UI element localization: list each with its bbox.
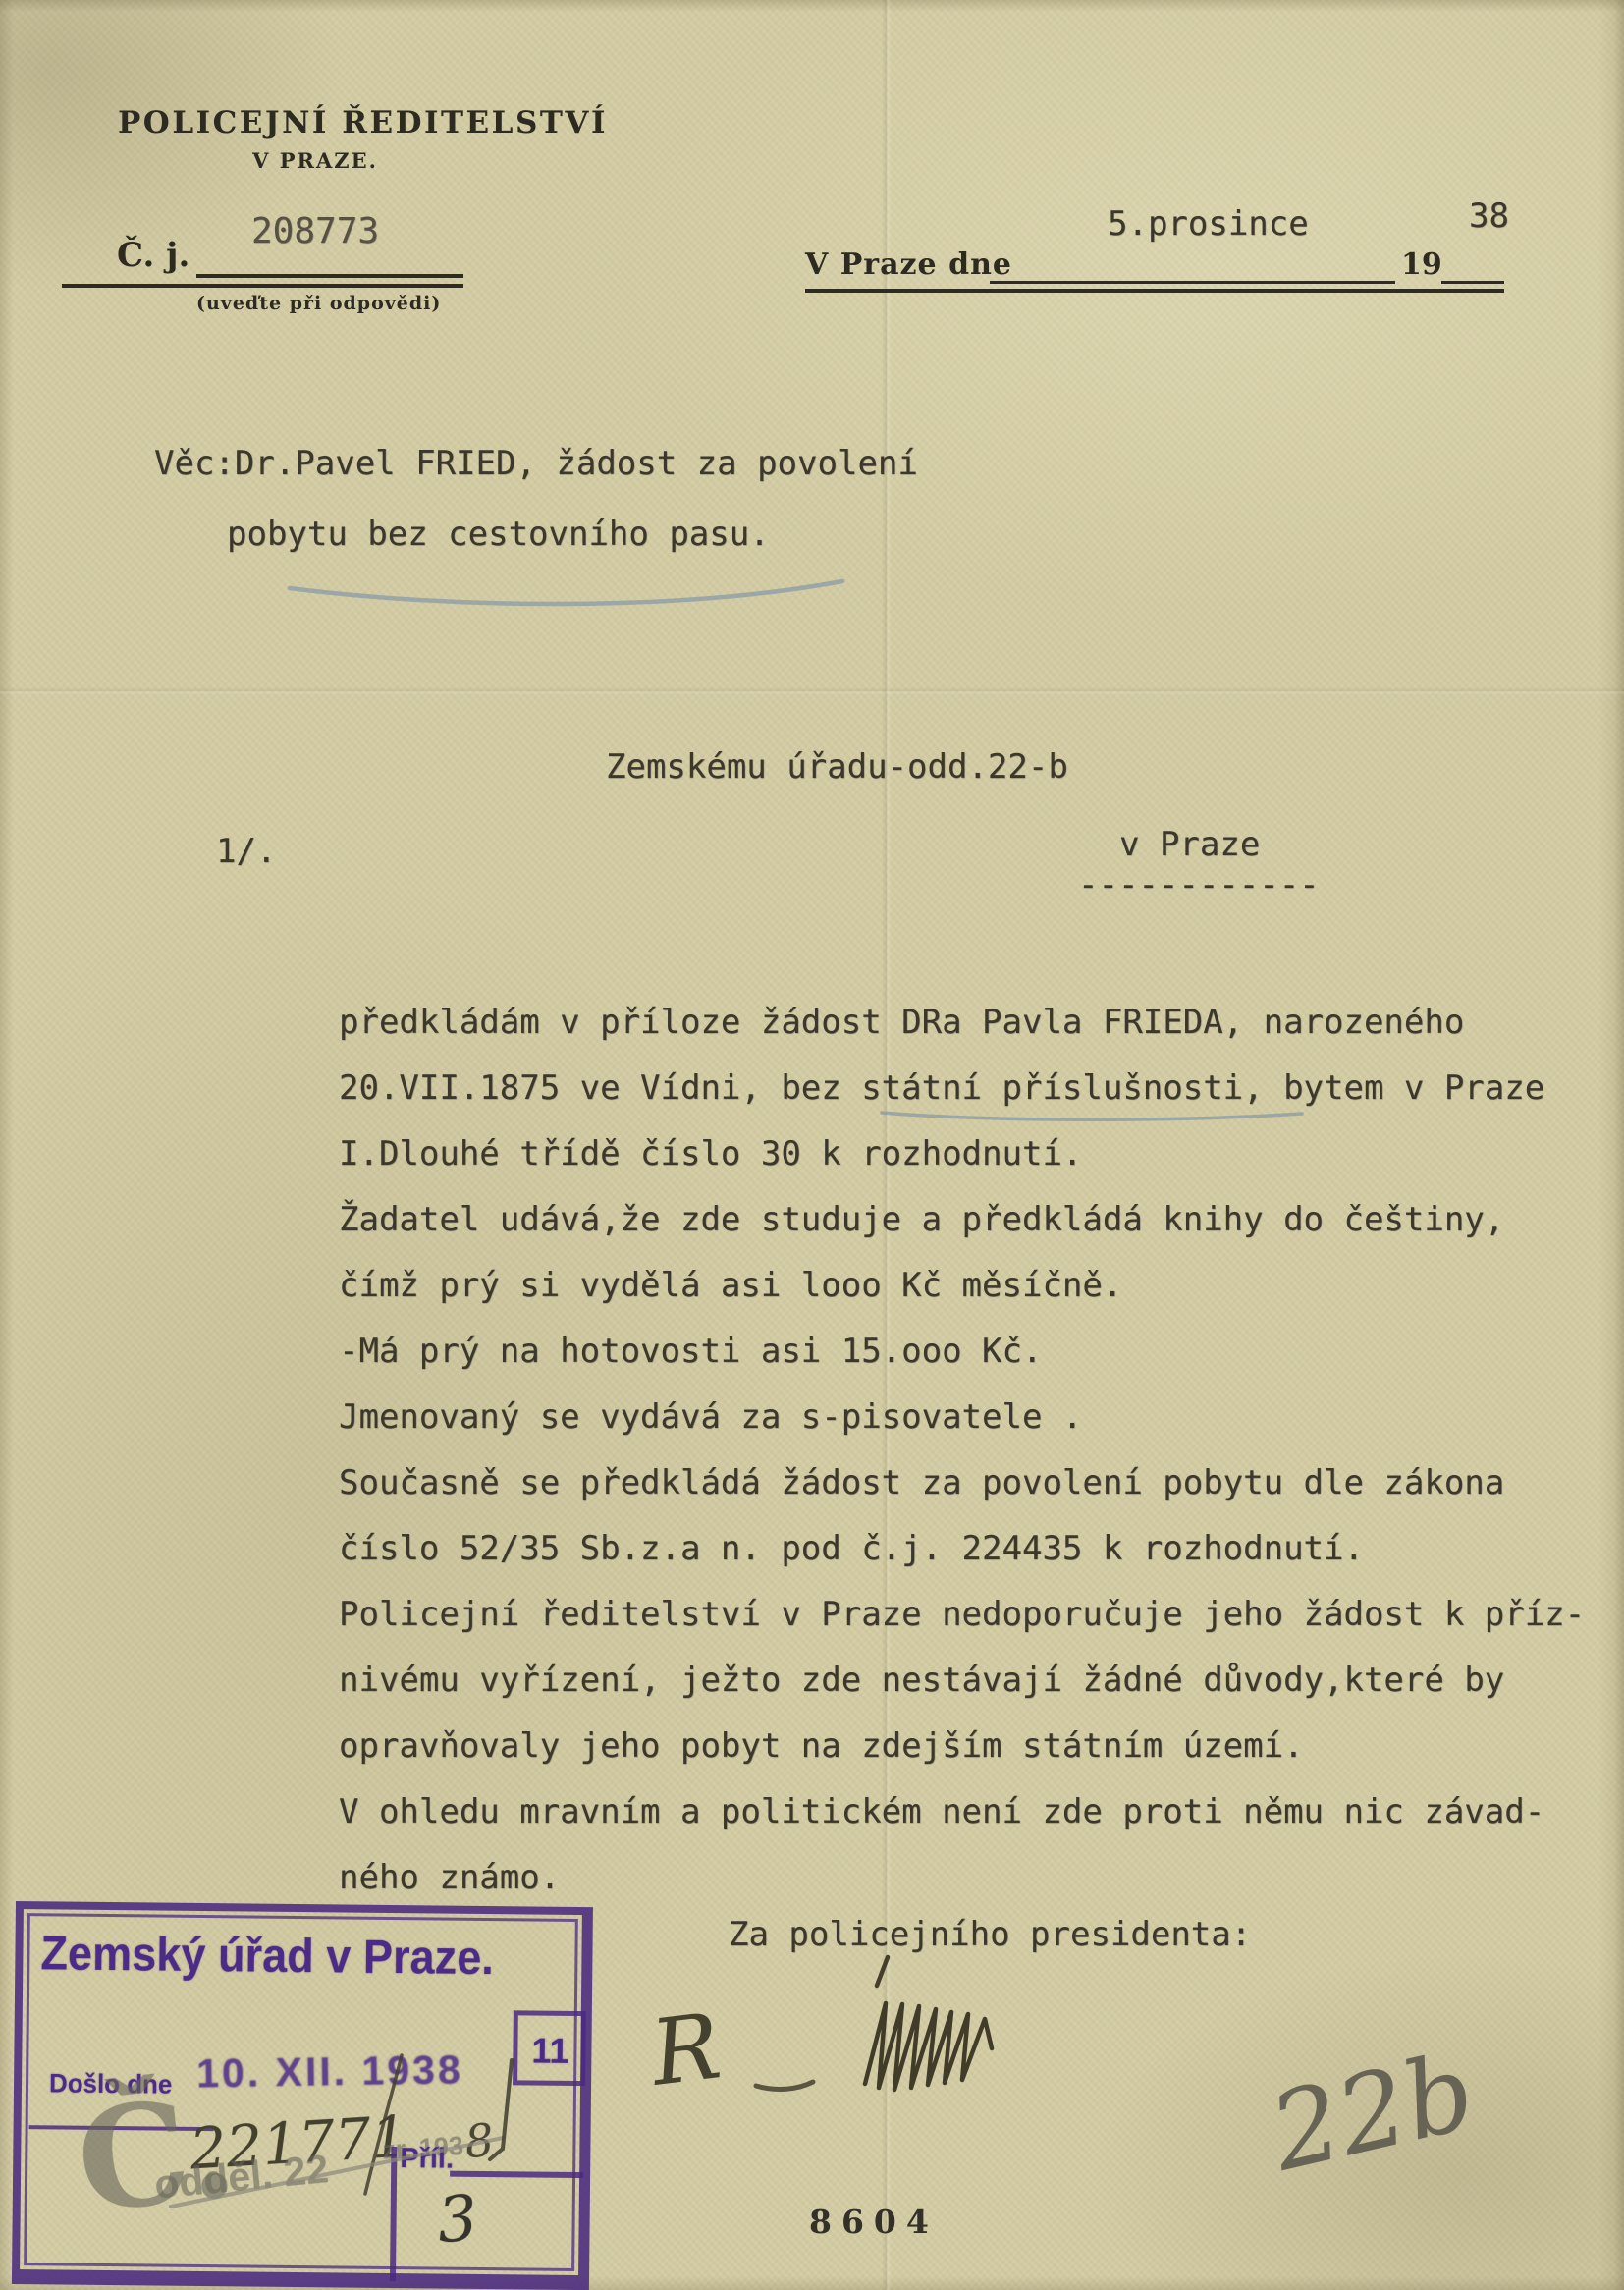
stamp-received-date: 10. XII. 1938: [196, 2049, 463, 2094]
letterhead-city: V PRAZE.: [118, 150, 513, 171]
stamp-enclosures-count: 3: [435, 2187, 480, 2253]
stamp-dept-letter: Č.: [71, 2077, 243, 2233]
recipient-city: v Praze: [1119, 828, 1260, 861]
body-line: nivému vyřízení, ježto zde nestávají žád…: [339, 1663, 1504, 1697]
receipt-stamp: Zemský úřad v Praze. 11 Došlo dne 10. XI…: [12, 1901, 593, 2290]
body-line: V ohledu mravním a politickém není zde p…: [339, 1795, 1544, 1828]
letterhead-organization: POLICEJNÍ ŘEDITELSTVÍ: [118, 108, 608, 138]
body-line: předkládám v příloze žádost DRa Pavla FR…: [339, 1006, 1464, 1039]
handwritten-dash: [756, 2082, 813, 2089]
body-line: ného známo.: [339, 1861, 560, 1894]
date-label: V Praze dne: [805, 250, 1012, 280]
year-prefix: 19: [1401, 250, 1442, 280]
date-typed: 5.prosince: [1108, 207, 1309, 241]
body-line: Jmenovaný se vydává za s-pisovatele .: [339, 1400, 1082, 1434]
document-page: POLICEJNÍ ŘEDITELSTVÍ V PRAZE. 208773 Č.…: [0, 0, 1624, 2290]
recipient-underline: ------------: [1078, 868, 1320, 901]
date-rule-bottom: [805, 289, 1504, 293]
stamp-enclosures-label: Příl.: [400, 2145, 454, 2174]
enclosure-mark: 1/.: [216, 835, 276, 868]
body-line: čímž prý si vydělá asi looo Kč měsíčně.: [339, 1269, 1122, 1302]
stamp-corner-box: 11: [513, 2010, 586, 2086]
body-line: Žadatel udává,že zde studuje a předkládá…: [339, 1203, 1504, 1236]
fold-crease-horizontal: [0, 687, 1624, 695]
pencil-underline-subject: [290, 581, 842, 604]
body-line: opravňovaly jeho pobyt na zdejším státní…: [339, 1729, 1304, 1763]
year-rule-blank: [1441, 281, 1504, 284]
print-number: 8604: [809, 2206, 939, 2238]
handwritten-initial: R: [647, 2001, 726, 2099]
reference-rule-bottom: [62, 284, 463, 288]
reference-number-typed: 208773: [251, 214, 379, 249]
reference-note: (uveďte při odpovědi): [196, 295, 441, 313]
body-line: číslo 52/35 Sb.z.a n. pod č.j. 224435 k …: [339, 1532, 1364, 1565]
stamp-year-note-handwritten: 8: [462, 2117, 495, 2165]
pencil-underline-body: [882, 1113, 1302, 1119]
stamp-title: Zemský úřad v Praze.: [40, 1931, 494, 1983]
subject-line-1: Věc:Dr.Pavel FRIED, žádost za povolení: [154, 447, 918, 480]
body-line: -Má prý na hotovosti asi 15.ooo Kč.: [339, 1335, 1042, 1368]
reference-label: Č. j.: [117, 239, 189, 272]
stamp-corner-number: 11: [531, 2034, 568, 2069]
body-line: 20.VII.1875 ve Vídni, bez státní přísluš…: [339, 1071, 1544, 1105]
reference-rule-top: [196, 274, 463, 278]
pencil-note: 22b: [1262, 2039, 1484, 2188]
date-rule-blank: [990, 281, 1395, 284]
subject-line-2: pobytu bez cestovního pasu.: [227, 518, 770, 551]
body-line: Policejní ředitelství v Praze nedoporuču…: [339, 1598, 1585, 1631]
year-typed: 38: [1469, 199, 1509, 233]
recipient-office: Zemskému úřadu-odd.22-b: [606, 750, 1068, 784]
signature-label: Za policejního presidenta:: [729, 1918, 1251, 1951]
body-line: I.Dlouhé třídě číslo 30 k rozhodnutí.: [339, 1137, 1082, 1171]
body-line: Současně se předkládá žádost za povolení…: [339, 1466, 1504, 1499]
